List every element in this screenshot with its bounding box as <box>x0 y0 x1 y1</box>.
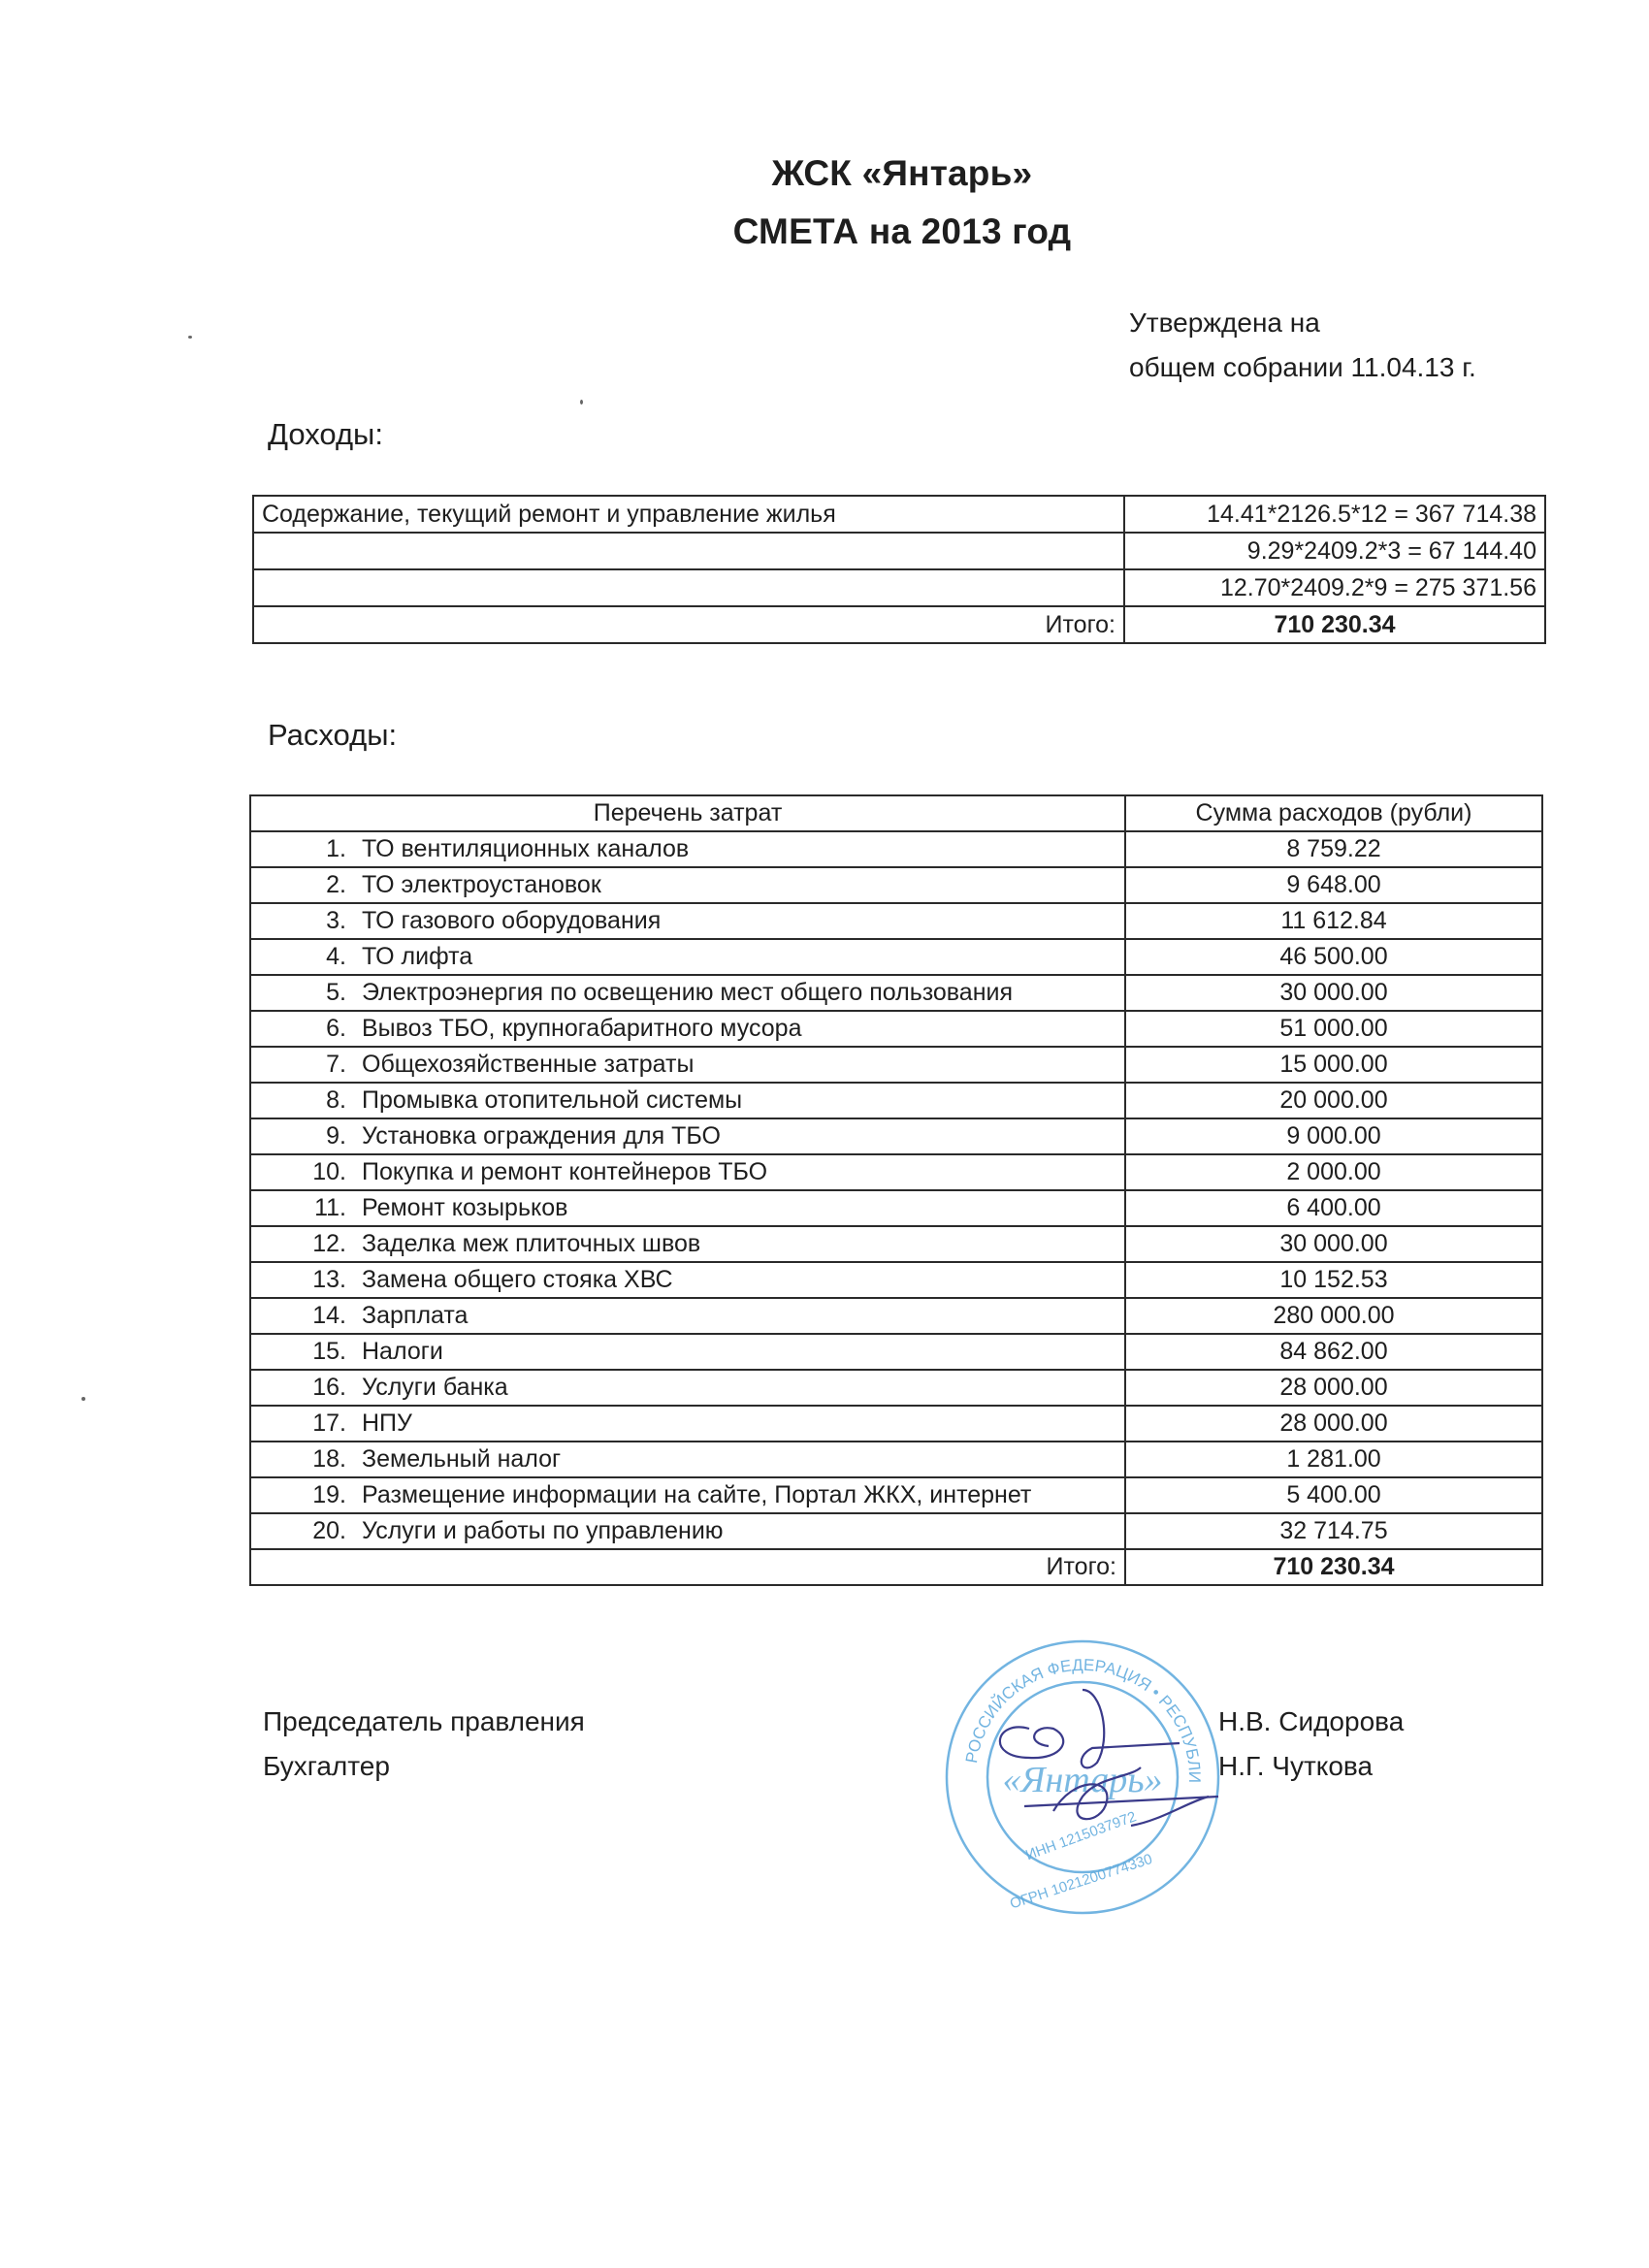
income-row: 9.29*2409.2*3 = 67 144.40 <box>253 533 1545 569</box>
expense-row: 6.Вывоз ТБО, крупногабаритного мусора 51… <box>250 1011 1542 1047</box>
approval-line-1: Утверждена на <box>1129 301 1476 345</box>
expense-item: 15.Налоги <box>250 1334 1125 1370</box>
expense-number: 12. <box>296 1230 346 1258</box>
expense-header-row: Перечень затрат Сумма расходов (рубли) <box>250 795 1542 831</box>
expense-item: 17.НПУ <box>250 1406 1125 1442</box>
expense-amount: 28 000.00 <box>1125 1406 1542 1442</box>
expense-row: 17.НПУ 28 000.00 <box>250 1406 1542 1442</box>
expense-item: 5.Электроэнергия по освещению мест общег… <box>250 975 1125 1011</box>
expense-number: 3. <box>296 907 346 935</box>
expense-item: 20.Услуги и работы по управлению <box>250 1513 1125 1549</box>
document-title: СМЕТА на 2013 год <box>0 211 1649 252</box>
expense-row: 14.Зарплата 280 000.00 <box>250 1298 1542 1334</box>
expense-label: Покупка и ремонт контейнеров ТБО <box>362 1158 767 1185</box>
expense-amount: 32 714.75 <box>1125 1513 1542 1549</box>
expense-item: 4.ТО лифта <box>250 939 1125 975</box>
expense-number: 6. <box>296 1015 346 1043</box>
income-label: Содержание, текущий ремонт и управление … <box>253 496 1124 533</box>
expense-label: Заделка меж плиточных швов <box>362 1230 700 1257</box>
expense-table: Перечень затрат Сумма расходов (рубли) 1… <box>249 794 1543 1586</box>
expense-item: 8.Промывка отопительной системы <box>250 1083 1125 1118</box>
expense-amount: 28 000.00 <box>1125 1370 1542 1406</box>
expense-amount: 6 400.00 <box>1125 1190 1542 1226</box>
role-accountant: Бухгалтер <box>263 1744 585 1789</box>
income-table: Содержание, текущий ремонт и управление … <box>252 495 1546 644</box>
expense-item: 13.Замена общего стояка ХВС <box>250 1262 1125 1298</box>
expense-item: 11.Ремонт козырьков <box>250 1190 1125 1226</box>
expense-label: Налоги <box>362 1338 443 1365</box>
expense-amount: 9 000.00 <box>1125 1118 1542 1154</box>
expense-label: Услуги и работы по управлению <box>362 1517 724 1544</box>
expense-label: Замена общего стояка ХВС <box>362 1266 673 1293</box>
expense-label: Общехозяйственные затраты <box>362 1051 694 1078</box>
expense-row: 2.ТО электроустановок 9 648.00 <box>250 867 1542 903</box>
expense-label: ТО лифта <box>362 943 472 970</box>
expense-label: Электроэнергия по освещению мест общего … <box>362 979 1013 1006</box>
expense-item: 3.ТО газового оборудования <box>250 903 1125 939</box>
expense-amount: 280 000.00 <box>1125 1298 1542 1334</box>
expense-item: 10.Покупка и ремонт контейнеров ТБО <box>250 1154 1125 1190</box>
expense-row: 10.Покупка и ремонт контейнеров ТБО 2 00… <box>250 1154 1542 1190</box>
income-value: 9.29*2409.2*3 = 67 144.40 <box>1124 533 1545 569</box>
expense-amount: 10 152.53 <box>1125 1262 1542 1298</box>
income-label <box>253 569 1124 606</box>
expense-row: 16.Услуги банка 28 000.00 <box>250 1370 1542 1406</box>
expense-item: 14.Зарплата <box>250 1298 1125 1334</box>
expense-row: 18.Земельный налог 1 281.00 <box>250 1442 1542 1477</box>
expense-amount: 84 862.00 <box>1125 1334 1542 1370</box>
expense-row: 13.Замена общего стояка ХВС 10 152.53 <box>250 1262 1542 1298</box>
expense-item: 7.Общехозяйственные затраты <box>250 1047 1125 1083</box>
expense-item: 16.Услуги банка <box>250 1370 1125 1406</box>
expense-amount: 9 648.00 <box>1125 867 1542 903</box>
expense-label: Размещение информации на сайте, Портал Ж… <box>362 1481 1031 1508</box>
expense-label: Земельный налог <box>362 1445 561 1473</box>
income-total-row: Итого: 710 230.34 <box>253 606 1545 643</box>
expense-row: 8.Промывка отопительной системы 20 000.0… <box>250 1083 1542 1118</box>
name-accountant: Н.Г. Чуткова <box>1218 1744 1404 1789</box>
expense-number: 5. <box>296 979 346 1007</box>
expense-amount: 2 000.00 <box>1125 1154 1542 1190</box>
expense-number: 9. <box>296 1122 346 1150</box>
expense-number: 20. <box>296 1517 346 1545</box>
expense-number: 17. <box>296 1409 346 1438</box>
expense-number: 16. <box>296 1374 346 1402</box>
expense-number: 8. <box>296 1086 346 1115</box>
expense-row: 3.ТО газового оборудования 11 612.84 <box>250 903 1542 939</box>
expense-amount: 15 000.00 <box>1125 1047 1542 1083</box>
expense-number: 15. <box>296 1338 346 1366</box>
expense-number: 11. <box>296 1194 346 1222</box>
column-header-amount: Сумма расходов (рубли) <box>1125 795 1542 831</box>
expense-total-value: 710 230.34 <box>1125 1549 1542 1585</box>
expense-label: Услуги банка <box>362 1374 508 1401</box>
expense-number: 13. <box>296 1266 346 1294</box>
expense-label: Ремонт козырьков <box>362 1194 567 1221</box>
expense-row: 1.ТО вентиляционных каналов 8 759.22 <box>250 831 1542 867</box>
expense-label: Зарплата <box>362 1302 468 1329</box>
expense-label: Промывка отопительной системы <box>362 1086 742 1114</box>
expense-row: 11.Ремонт козырьков 6 400.00 <box>250 1190 1542 1226</box>
expense-row: 12.Заделка меж плиточных швов 30 000.00 <box>250 1226 1542 1262</box>
expense-number: 19. <box>296 1481 346 1509</box>
income-row: Содержание, текущий ремонт и управление … <box>253 496 1545 533</box>
expense-row: 20.Услуги и работы по управлению 32 714.… <box>250 1513 1542 1549</box>
expense-label: НПУ <box>362 1409 412 1437</box>
expense-heading: Расходы: <box>268 718 397 753</box>
expense-amount: 1 281.00 <box>1125 1442 1542 1477</box>
expense-item: 19.Размещение информации на сайте, Порта… <box>250 1477 1125 1513</box>
income-label <box>253 533 1124 569</box>
expense-label: Вывоз ТБО, крупногабаритного мусора <box>362 1015 801 1042</box>
expense-item: 1.ТО вентиляционных каналов <box>250 831 1125 867</box>
expense-label: ТО электроустановок <box>362 871 601 898</box>
expense-item: 2.ТО электроустановок <box>250 867 1125 903</box>
expense-number: 10. <box>296 1158 346 1186</box>
expense-row: 7.Общехозяйственные затраты 15 000.00 <box>250 1047 1542 1083</box>
signature-roles: Председатель правления Бухгалтер <box>263 1700 585 1789</box>
expense-label: Установка ограждения для ТБО <box>362 1122 721 1150</box>
income-total-label: Итого: <box>253 606 1124 643</box>
income-row: 12.70*2409.2*9 = 275 371.56 <box>253 569 1545 606</box>
income-value: 12.70*2409.2*9 = 275 371.56 <box>1124 569 1545 606</box>
expense-item: 18.Земельный налог <box>250 1442 1125 1477</box>
expense-amount: 30 000.00 <box>1125 1226 1542 1262</box>
expense-number: 1. <box>296 835 346 863</box>
expense-item: 12.Заделка меж плиточных швов <box>250 1226 1125 1262</box>
income-total-value: 710 230.34 <box>1124 606 1545 643</box>
expense-number: 2. <box>296 871 346 899</box>
expense-number: 7. <box>296 1051 346 1079</box>
expense-amount: 5 400.00 <box>1125 1477 1542 1513</box>
expense-row: 19.Размещение информации на сайте, Порта… <box>250 1477 1542 1513</box>
expense-amount: 11 612.84 <box>1125 903 1542 939</box>
expense-amount: 46 500.00 <box>1125 939 1542 975</box>
official-stamp: РОССИЙСКАЯ ФЕДЕРАЦИЯ • РЕСПУБЛИКА МАРИЙ … <box>937 1632 1228 1923</box>
expense-number: 18. <box>296 1445 346 1474</box>
income-heading: Доходы: <box>268 417 383 452</box>
expense-row: 5.Электроэнергия по освещению мест общег… <box>250 975 1542 1011</box>
expense-item: 9.Установка ограждения для ТБО <box>250 1118 1125 1154</box>
approval-line-2: общем собрании 11.04.13 г. <box>1129 345 1476 390</box>
expense-item: 6.Вывоз ТБО, крупногабаритного мусора <box>250 1011 1125 1047</box>
expense-row: 15.Налоги 84 862.00 <box>250 1334 1542 1370</box>
expense-number: 14. <box>296 1302 346 1330</box>
expense-number: 4. <box>296 943 346 971</box>
expense-row: 4.ТО лифта 46 500.00 <box>250 939 1542 975</box>
expense-total-label: Итого: <box>250 1549 1125 1585</box>
expense-amount: 30 000.00 <box>1125 975 1542 1011</box>
income-value: 14.41*2126.5*12 = 367 714.38 <box>1124 496 1545 533</box>
expense-amount: 51 000.00 <box>1125 1011 1542 1047</box>
expense-total-row: Итого: 710 230.34 <box>250 1549 1542 1585</box>
expense-row: 9.Установка ограждения для ТБО 9 000.00 <box>250 1118 1542 1154</box>
expense-amount: 8 759.22 <box>1125 831 1542 867</box>
expense-amount: 20 000.00 <box>1125 1083 1542 1118</box>
signature-names: Н.В. Сидорова Н.Г. Чуткова <box>1218 1700 1404 1789</box>
expense-label: ТО газового оборудования <box>362 907 661 934</box>
name-chairman: Н.В. Сидорова <box>1218 1700 1404 1744</box>
approval-note: Утверждена на общем собрании 11.04.13 г. <box>1129 301 1476 390</box>
role-chairman: Председатель правления <box>263 1700 585 1744</box>
expense-label: ТО вентиляционных каналов <box>362 835 689 862</box>
column-header-items: Перечень затрат <box>250 795 1125 831</box>
organization-name: ЖСК «Янтарь» <box>0 153 1649 194</box>
